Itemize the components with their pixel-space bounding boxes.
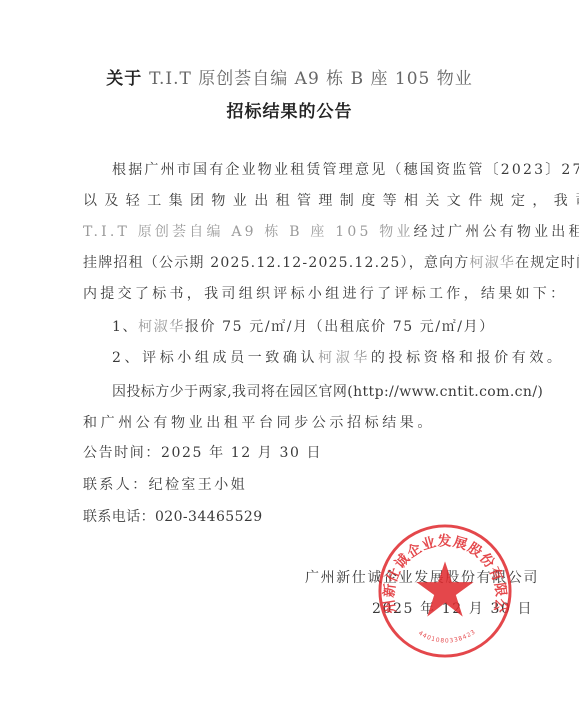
bidder-name: 柯淑华	[470, 255, 516, 271]
paragraph1-line1: 根据广州市国有企业物业租赁管理意见（穗国资监管〔2023〕27 号）	[112, 160, 513, 180]
document-title-line1: 关于 T.I.T 原创荟自编 A9 栋 B 座 105 物业	[0, 64, 579, 89]
result-item-1: 1、柯淑华报价 75 元/㎡/月（出租底价 75 元/㎡/月）	[112, 317, 513, 337]
project-name: T.I.T 原创荟自编 A9 栋 B 座 105 物业	[83, 224, 414, 240]
paragraph1-line3-rest: 经过广州公有物业出租平台公开自	[414, 224, 579, 240]
paragraph1-line4-b: 在规定时间	[515, 255, 579, 271]
title-project-name: T.I.T 原创荟自编 A9 栋 B 座 105 物业	[149, 69, 473, 89]
document-title-line2: 招标结果的公告	[0, 97, 579, 122]
result-item-2-bidder: 柯淑华	[318, 350, 371, 366]
result-item-2-text-a: 2、评标小组成员一致确认	[112, 350, 318, 366]
result-item-2: 2、评标小组成员一致确认柯淑华的投标资格和报价有效。	[112, 348, 513, 368]
paragraph1-line5: 内提交了标书，我司组织评标小组进行了评标工作，结果如下：	[83, 284, 513, 304]
result-item-2-text-b: 的投标资格和报价有效。	[371, 350, 565, 366]
contact-person: 联系人：纪检室王小姐	[83, 475, 513, 495]
paragraph1-line3: T.I.T 原创荟自编 A9 栋 B 座 105 物业经过广州公有物业出租平台公…	[83, 222, 513, 242]
paragraph1-line4-a: 挂牌招租（公示期 2025.12.12-2025.12.25），意向方	[83, 255, 470, 271]
paragraph2-line2: 和广州公有物业出租平台同步公示招标结果。	[83, 413, 513, 433]
paragraph1-line4: 挂牌招租（公示期 2025.12.12-2025.12.25），意向方柯淑华在规…	[83, 253, 513, 273]
paragraph2-line1: 因投标方少于两家,我司将在园区官网(http://www.cntit.com.c…	[112, 382, 513, 402]
result-item-1-bidder: 柯淑华	[138, 319, 185, 335]
result-item-1-number: 1、	[112, 319, 138, 335]
document-page: 关于 T.I.T 原创荟自编 A9 栋 B 座 105 物业 招标结果的公告 根…	[0, 0, 579, 720]
svg-text:4401080338423: 4401080338423	[417, 629, 477, 645]
paragraph1-line2: 以及轻工集团物业出租管理制度等相关文件规定，我司运营管理的广州	[83, 191, 513, 211]
company-seal-icon: 广州新仕诚企业发展股份有限公司 4401080338423	[376, 522, 514, 660]
announcement-time: 公告时间：2025 年 12 月 30 日	[83, 443, 513, 463]
result-item-1-text: 报价 75 元/㎡/月（出租底价 75 元/㎡/月）	[185, 319, 495, 335]
title-prefix: 关于	[106, 69, 142, 89]
